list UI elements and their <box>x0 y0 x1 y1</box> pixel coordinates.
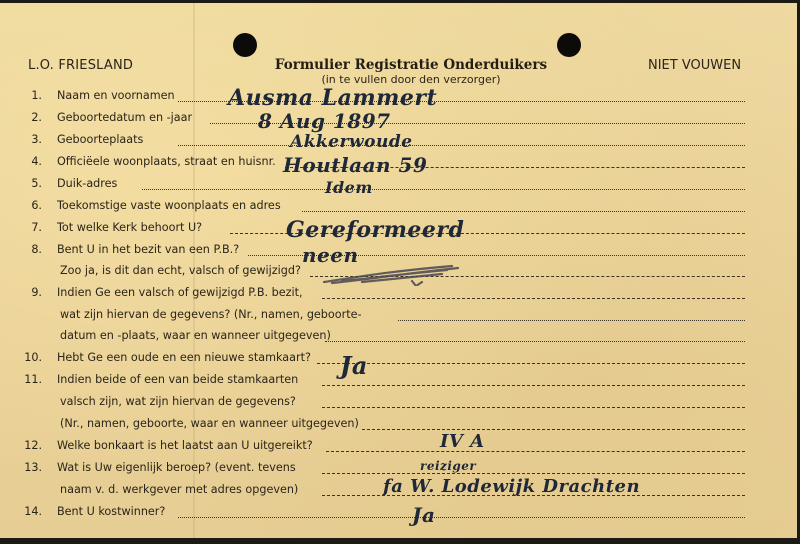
field-number: 10. <box>22 351 42 364</box>
form-field-row: datum en -plaats, waar en wanneer uitgeg… <box>0 329 800 349</box>
field-answer-line[interactable] <box>398 320 745 321</box>
field-answer-line[interactable] <box>322 385 745 386</box>
handwritten-answer: IV A <box>440 431 485 452</box>
form-field-row: 8.Bent U in het bezit van een P.B.? <box>0 243 800 263</box>
field-number: 4. <box>22 155 42 168</box>
field-number: 14. <box>22 505 42 518</box>
field-label: Bent U kostwinner? <box>57 505 165 518</box>
field-number: 5. <box>22 177 42 190</box>
field-label: Indien beide of een van beide stamkaarte… <box>57 373 298 386</box>
form-field-row: 6.Toekomstige vaste woonplaats en adres <box>0 199 800 219</box>
field-answer-line[interactable] <box>322 473 745 474</box>
field-number: 3. <box>22 133 42 146</box>
field-answer-line[interactable] <box>178 145 745 146</box>
field-label: Duik-adres <box>57 177 117 190</box>
field-label: wat zijn hiervan de gegevens? (Nr., name… <box>60 308 362 321</box>
form-field-row: 14.Bent U kostwinner? <box>0 505 800 525</box>
field-label: datum en -plaats, waar en wanneer uitgeg… <box>60 329 331 342</box>
field-label: Officiëele woonplaats, straat en huisnr. <box>57 155 276 168</box>
field-answer-line[interactable] <box>326 451 745 452</box>
field-label: Zoo ja, is dit dan echt, valsch of gewij… <box>60 264 301 277</box>
field-label: Indien Ge een valsch of gewijzigd P.B. b… <box>57 286 303 299</box>
field-number: 6. <box>22 199 42 212</box>
field-label: Welke bonkaart is het laatst aan U uitge… <box>57 439 313 452</box>
field-label: Hebt Ge een oude en een nieuwe stamkaart… <box>57 351 311 364</box>
handwritten-answer: fa W. Lodewijk Drachten <box>383 476 640 497</box>
field-label: (Nr., namen, geboorte, waar en wanneer u… <box>60 417 359 430</box>
handwritten-answer: Ja <box>412 503 435 527</box>
registration-form: L.O. FRIESLAND Formulier Registratie Ond… <box>0 3 797 538</box>
field-label: Tot welke Kerk behoort U? <box>57 221 202 234</box>
form-field-row: 2.Geboortedatum en -jaar <box>0 111 800 131</box>
handwritten-answer: reiziger <box>420 459 476 473</box>
field-answer-line[interactable] <box>317 363 745 364</box>
field-label: Wat is Uw eigenlijk beroep? (event. teve… <box>57 461 296 474</box>
field-answer-line[interactable] <box>142 189 745 190</box>
form-field-row: 9.Indien Ge een valsch of gewijzigd P.B.… <box>0 286 800 306</box>
field-label: Geboorteplaats <box>57 133 143 146</box>
field-number: 9. <box>22 286 42 299</box>
form-field-row: 5.Duik-adres <box>0 177 800 197</box>
field-number: 11. <box>22 373 42 386</box>
field-number: 1. <box>22 89 42 102</box>
field-number: 2. <box>22 111 42 124</box>
field-label: naam v. d. werkgever met adres opgeven) <box>60 483 298 496</box>
form-field-row: wat zijn hiervan de gegevens? (Nr., name… <box>0 308 800 328</box>
do-not-fold-notice: NIET VOUWEN <box>648 58 741 73</box>
field-label: Toekomstige vaste woonplaats en adres <box>57 199 281 212</box>
handwritten-answer: 8 Aug 1897 <box>258 109 391 133</box>
form-field-row: 11.Indien beide of een van beide stamkaa… <box>0 373 800 393</box>
field-answer-line[interactable] <box>322 298 745 299</box>
form-field-row: 12.Welke bonkaart is het laatst aan U ui… <box>0 439 800 459</box>
punch-hole-right <box>557 33 581 57</box>
field-answer-line[interactable] <box>325 341 745 342</box>
punch-hole-left <box>233 33 257 57</box>
form-field-row: 10.Hebt Ge een oude en een nieuwe stamka… <box>0 351 800 371</box>
field-answer-line[interactable] <box>322 407 745 408</box>
field-label: Bent U in het bezit van een P.B.? <box>57 243 239 256</box>
handwritten-answer: Houtlaan 59 <box>283 153 427 177</box>
form-field-row: (Nr., namen, geboorte, waar en wanneer u… <box>0 417 800 437</box>
field-answer-line[interactable] <box>178 517 745 518</box>
field-number: 13. <box>22 461 42 474</box>
field-label: Geboortedatum en -jaar <box>57 111 192 124</box>
field-label: Naam en voornamen <box>57 89 175 102</box>
handwritten-answer: Gereformeerd <box>286 217 464 243</box>
field-answer-line[interactable] <box>302 211 745 212</box>
field-number: 8. <box>22 243 42 256</box>
strike-through-scribble <box>322 264 460 286</box>
form-field-row: valsch zijn, wat zijn hiervan de gegeven… <box>0 395 800 415</box>
field-number: 7. <box>22 221 42 234</box>
field-answer-line[interactable] <box>362 429 745 430</box>
field-number: 12. <box>22 439 42 452</box>
handwritten-answer: Idem <box>325 178 373 197</box>
handwritten-answer: Akkerwoude <box>290 132 413 152</box>
handwritten-answer: Ausma Lammert <box>228 85 437 111</box>
scan-edge-bottom <box>0 538 800 544</box>
field-label: valsch zijn, wat zijn hiervan de gegeven… <box>60 395 296 408</box>
